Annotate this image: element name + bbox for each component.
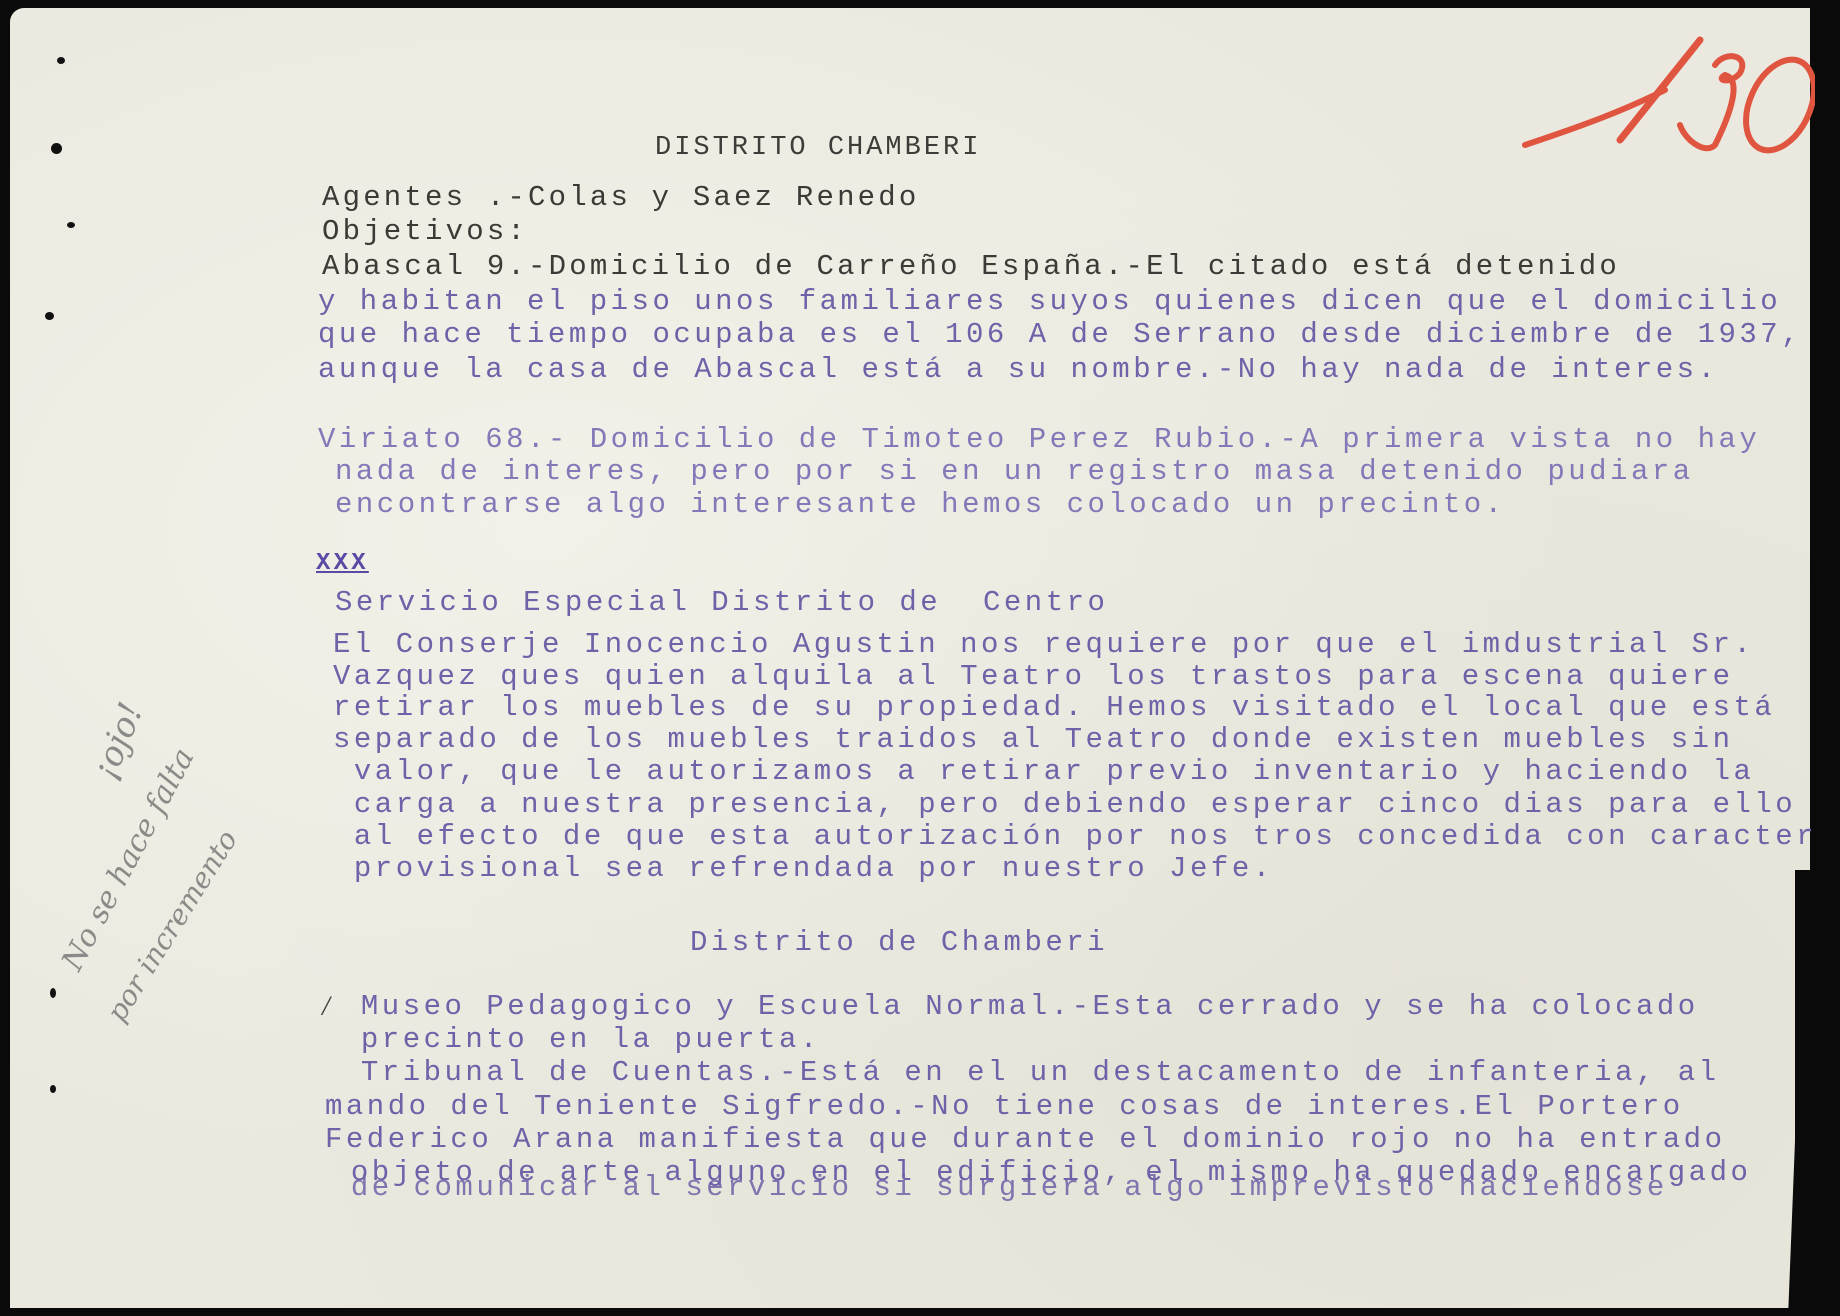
servicio-title: Servicio Especial Distrito de Centro <box>335 588 1108 617</box>
margin-note-line-1: ¡ojo! <box>85 697 152 785</box>
servicio-line-5: valor, que le autorizamos a retirar prev… <box>333 757 1754 786</box>
museo-line-4: mando del Teniente Sigfredo.-No tiene co… <box>325 1092 1684 1121</box>
agents-line: Agentes .-Colas y Saez Renedo <box>322 183 919 212</box>
servicio-line-1: El Conserje Inocencio Agustin nos requie… <box>333 630 1754 659</box>
abascal-line-1: Abascal 9.-Domicilio de Carreño España.-… <box>322 252 1620 281</box>
servicio-line-3: retirar los muebles de su propiedad. Hem… <box>333 693 1775 722</box>
objectives-label: Objetivos: <box>322 217 528 246</box>
servicio-line-4: separado de los muebles traidos al Teatr… <box>333 725 1734 754</box>
binding-hole <box>51 143 62 154</box>
viriato-line-2: nada de interes, pero por si en un regis… <box>335 457 1694 486</box>
binding-hole <box>67 222 75 228</box>
page-number-annotation: 130 <box>1515 25 1815 175</box>
servicio-line-8: provisional sea refrendada por nuestro J… <box>333 854 1274 883</box>
abascal-line-2: y habitan el piso unos familiares suyos … <box>318 287 1781 316</box>
viriato-line-3: encontrarse algo interesante hemos coloc… <box>335 490 1506 519</box>
museo-line-7: de comunicar al servicio si surgiera alg… <box>330 1173 1668 1202</box>
binding-hole <box>50 1085 56 1093</box>
viriato-line-1: Viriato 68.- Domicilio de Timoteo Perez … <box>318 425 1760 454</box>
scan-background-edge <box>1795 870 1840 1316</box>
museo-line-2: precinto en la puerta. <box>340 1025 821 1054</box>
museo-line-3: Tribunal de Cuentas.-Está en el un desta… <box>340 1058 1720 1087</box>
svg-text:130: 130 <box>1515 25 1517 26</box>
servicio-line-6: carga a nuestra presencia, pero debiendo… <box>333 790 1796 819</box>
servicio-line-7: al efecto de que esta autorización por n… <box>333 822 1817 851</box>
museo-line-5: Federico Arana manifiesta que durante el… <box>325 1125 1726 1154</box>
binding-hole <box>45 312 54 320</box>
document-heading: DISTRITO CHAMBERI <box>655 135 981 162</box>
handwritten-margin-note: ¡ojo! No se hace falta por incremento <box>25 620 325 1020</box>
museo-line-1: Museo Pedagogico y Escuela Normal.-Esta … <box>340 992 1699 1021</box>
servicio-line-2: Vazquez ques quien alquila al Teatro los… <box>333 662 1734 691</box>
binding-hole <box>57 57 65 64</box>
struck-out-mark: XXX <box>316 552 369 576</box>
abascal-line-3: que hace tiempo ocupaba es el 106 A de S… <box>318 320 1802 349</box>
subheading-chamberi: Distrito de Chamberi <box>690 928 1108 957</box>
abascal-line-4: aunque la casa de Abascal está a su nomb… <box>318 355 1719 384</box>
